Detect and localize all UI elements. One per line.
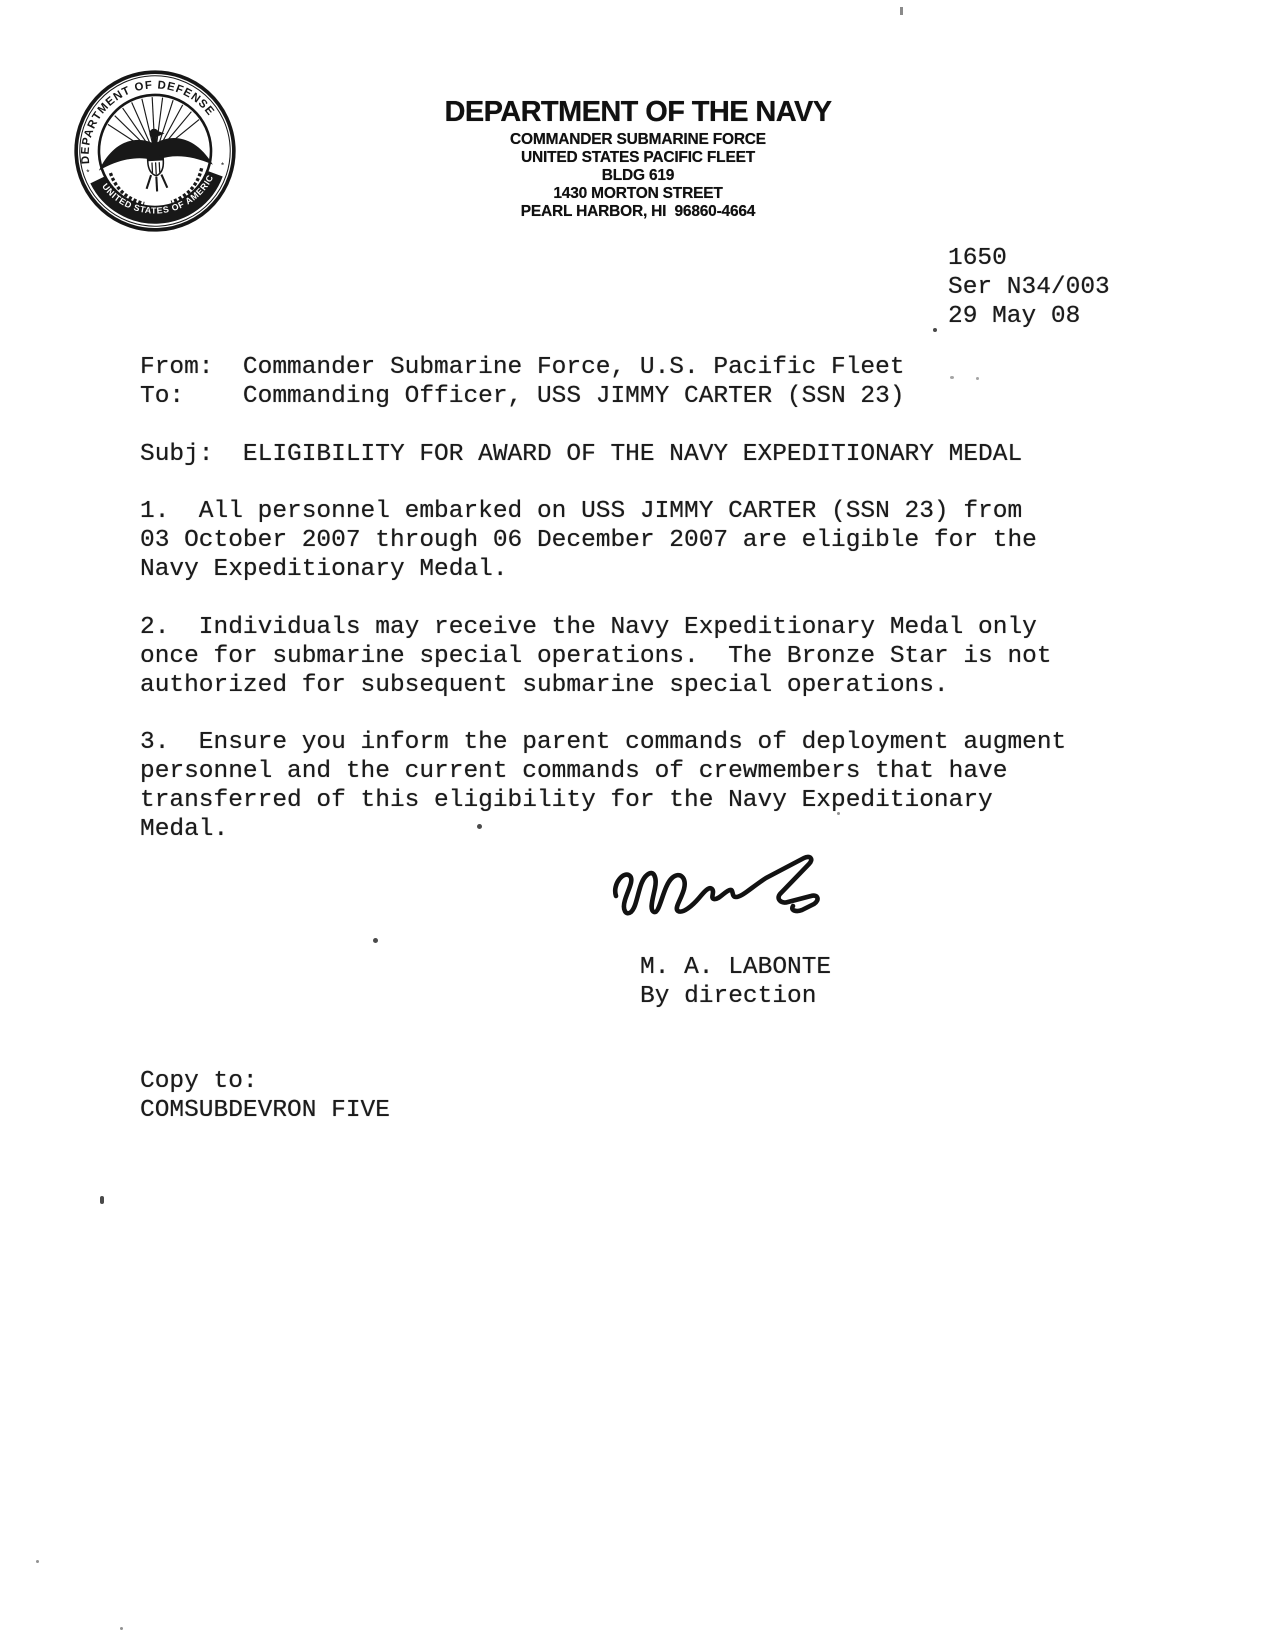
- paragraph-3: 3. Ensure you inform the parent commands…: [140, 728, 1066, 844]
- scan-speck: [900, 7, 903, 15]
- scan-speck: [373, 938, 378, 943]
- scan-speck: [976, 377, 979, 380]
- signature-title: By direction: [640, 982, 816, 1011]
- scan-speck: [36, 1560, 39, 1563]
- paragraph-1: 1. All personnel embarked on USS JIMMY C…: [140, 497, 1037, 584]
- seal-star-right: *: [220, 161, 226, 171]
- from-to-block: From: Commander Submarine Force, U.S. Pa…: [140, 353, 905, 411]
- letterhead-city-line: PEARL HARBOR, HI 96860-4664: [398, 203, 878, 221]
- dod-seal: DEPARTMENT OF DEFENSE UNITED STATES OF A…: [68, 64, 242, 238]
- scan-speck: [477, 824, 482, 829]
- signature-name: M. A. LABONTE: [640, 953, 831, 982]
- reference-block: 1650 Ser N34/003 29 May 08: [948, 244, 1110, 331]
- letterhead-title: DEPARTMENT OF THE NAVY: [398, 96, 878, 128]
- scan-speck: [933, 328, 937, 332]
- scan-speck: [837, 812, 840, 815]
- letterhead-street-line: 1430 MORTON STREET: [398, 185, 878, 203]
- paragraph-2: 2. Individuals may receive the Navy Expe…: [140, 613, 1052, 700]
- scan-speck: [120, 1627, 123, 1630]
- letterhead-bldg-line: BLDG 619: [398, 167, 878, 185]
- seal-star-left: *: [85, 168, 91, 178]
- subject-line: Subj: ELIGIBILITY FOR AWARD OF THE NAVY …: [140, 440, 1022, 469]
- copy-to-block: Copy to: COMSUBDEVRON FIVE: [140, 1067, 390, 1125]
- letterhead-command-line: COMMANDER SUBMARINE FORCE: [398, 131, 878, 149]
- navy-letter-page: DEPARTMENT OF DEFENSE UNITED STATES OF A…: [0, 0, 1266, 1637]
- scan-speck: [100, 1196, 104, 1204]
- signature-scrawl: [608, 854, 860, 928]
- scan-speck: [950, 376, 954, 379]
- letterhead-fleet-line: UNITED STATES PACIFIC FLEET: [398, 149, 878, 167]
- letterhead: DEPARTMENT OF THE NAVY COMMANDER SUBMARI…: [398, 96, 878, 221]
